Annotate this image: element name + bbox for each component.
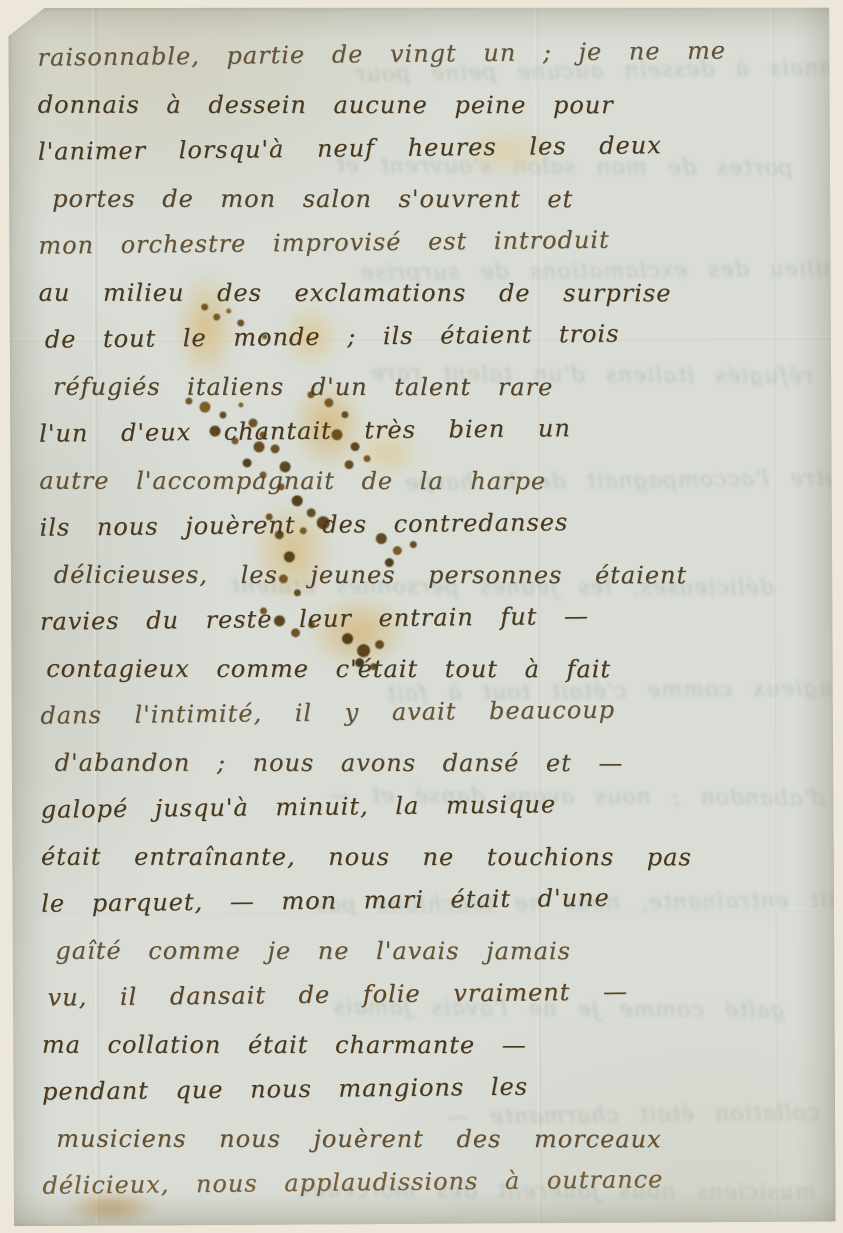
handwritten-line: ravies du reste leur entrain fut —: [40, 591, 820, 646]
letter-page: donnais à dessein aucune peine pour port…: [8, 6, 835, 1226]
handwritten-line: délicieux, nous applaudissions à outranc…: [42, 1155, 822, 1210]
handwriting-layer: raisonnable, partie de vingt un ; je ne …: [37, 31, 822, 1218]
handwritten-line: dans l'intimité, il y avait beaucoup: [40, 685, 820, 740]
handwritten-line: galopé jusqu'à minuit, la musique: [41, 779, 821, 834]
handwritten-line: raisonnable, partie de vingt un ; je ne …: [37, 27, 817, 82]
handwritten-line: mon orchestre improvisé est introduit: [38, 215, 818, 270]
scanned-letter: donnais à dessein aucune peine pour port…: [0, 0, 843, 1233]
handwritten-line: le parquet, — mon mari était d'une: [41, 873, 821, 928]
foxing-stains: [8, 6, 832, 8]
handwritten-line: vu, il dansait de folie vraiment —: [41, 967, 821, 1022]
handwritten-line: de tout le monde ; ils étaient trois: [39, 309, 819, 364]
handwritten-line: ils nous jouèrent des contredanses: [39, 497, 819, 552]
handwritten-line: l'un d'eux chantait très bien un: [39, 403, 819, 458]
handwritten-line: l'animer lorsqu'à neuf heures les deux: [38, 121, 818, 176]
handwritten-line: pendant que nous mangions les: [42, 1061, 822, 1116]
